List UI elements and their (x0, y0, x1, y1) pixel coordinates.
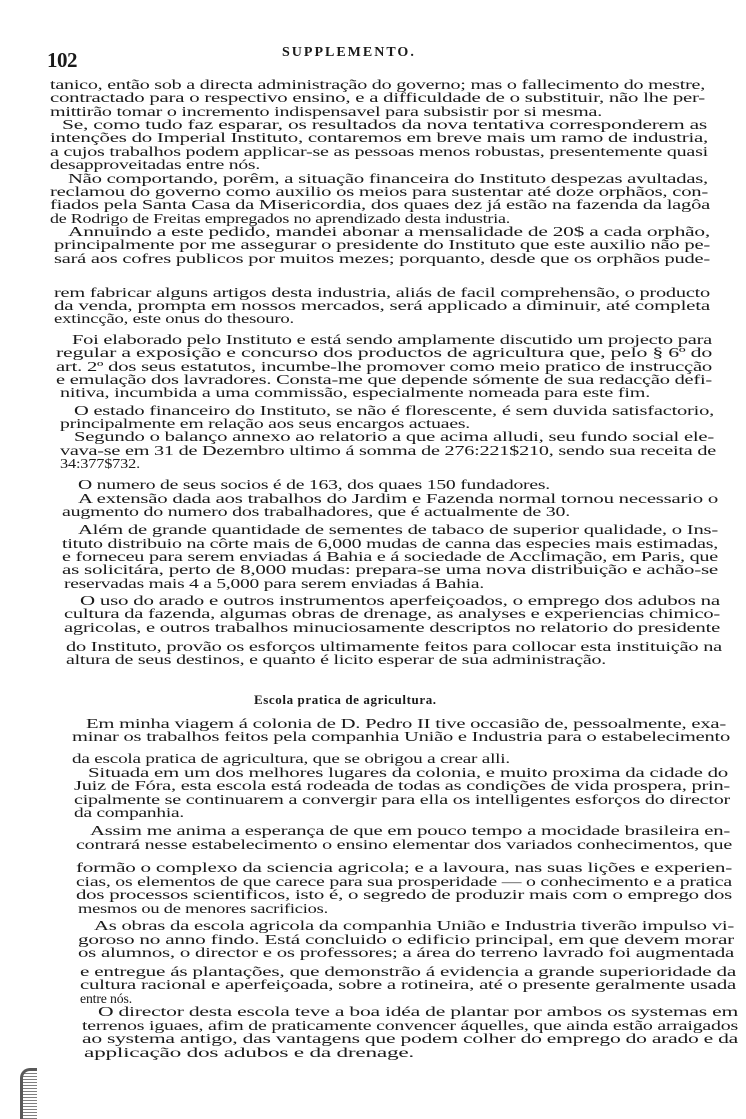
text-line: Juiz de Fóra, esta escola está rodeada d… (74, 779, 730, 793)
text-line: fiados pela Santa Casa da Misericordia, … (50, 198, 710, 212)
text-line: desapproveitadas entre nós. (50, 158, 260, 172)
text-line: O director desta escola teve a boa idéa … (98, 1005, 738, 1019)
text-line: contrará nesse estabelecimento o ensino … (76, 838, 732, 852)
section-heading: Escola pratica de agricultura. (254, 692, 437, 708)
text-line: vava-se em 31 de Dezembro ultimo á somma… (60, 444, 716, 458)
text-line: da companhia. (74, 806, 184, 820)
binding-edge-mark (20, 1068, 37, 1119)
text-line: agricolas, e outros trabalhos minuciosam… (64, 621, 720, 635)
page-number: 102 (47, 48, 77, 73)
text-line: nitiva, incumbida a uma commissão, espec… (60, 386, 650, 400)
text-line: cultura racional e aperfeiçoada, sobre a… (80, 978, 736, 992)
text-line: applicação dos adubos e da drenage. (84, 1046, 414, 1060)
text-line: sará aos cofres publicos por muitos meze… (54, 252, 710, 266)
text-line: altura de seus destinos, e quanto é lici… (66, 653, 606, 667)
text-line: reservadas mais 4 a 5,000 para serem env… (64, 577, 484, 591)
text-line: 34:377$732. (60, 457, 140, 471)
text-line: da escola pratica de agricultura, que se… (72, 752, 510, 766)
text-line: dos processos scientificos, isto é, o se… (76, 888, 732, 902)
text-line: intenções do Imperial Instituto, contare… (50, 131, 708, 145)
text-line: regular a exposição e concurso dos produ… (56, 346, 712, 360)
text-line: mesmos ou de menores sacrificios. (78, 902, 328, 916)
text-line: extincção, este onus do thesouro. (54, 312, 294, 326)
text-line: O numero de seus socios é de 163, dos qu… (78, 478, 550, 492)
text-line: Segundo o balanço annexo ao relatorio a … (74, 430, 714, 444)
text-line: minar os trabalhos feitos pela companhia… (72, 730, 730, 744)
text-line: as solicitára, perto de 8,000 mudas: pre… (62, 563, 718, 577)
text-line: os alumnos, o director e os professores;… (78, 946, 734, 960)
text-line: Além de grande quantidade de sementes de… (78, 523, 718, 537)
text-line: As obras da escola agricola da companhia… (94, 919, 734, 933)
running-title: SUPPLEMENTO. (282, 45, 416, 61)
text-line: ao systema antigo, das vantagens que pod… (82, 1032, 738, 1046)
text-line: Assim me anima a esperança de que em pou… (90, 824, 730, 838)
text-line: cultura da fazenda, algumas obras de dre… (64, 607, 720, 621)
text-line: contractado para o respectivo ensino, e … (50, 91, 705, 105)
text-line: formão o complexo da sciencia agricola; … (76, 861, 732, 875)
text-line: augmento do numero dos trabalhadores, qu… (62, 505, 570, 519)
text-line: principalmente por me assegurar o presid… (54, 238, 710, 252)
